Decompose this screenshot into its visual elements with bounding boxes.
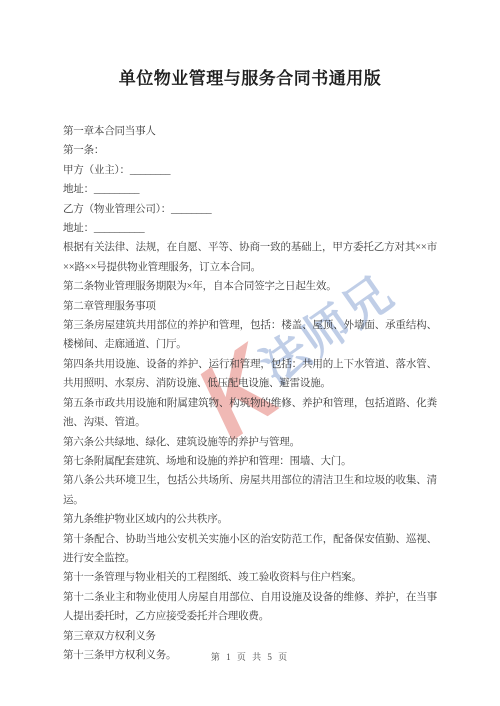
- document-content: 单位物业管理与服务合同书通用版 第一章本合同当事人第一条：甲方（业主）：____…: [0, 0, 500, 706]
- paragraph: 第三条房屋建筑共用部位的养护和管理，包括：楼盖、屋顶、外墙面、承重结构、楼梯间、…: [63, 316, 437, 355]
- paragraph: 根据有关法律、法规，在自愿、平等、协商一致的基础上，甲方委托乙方对其××市××路…: [63, 238, 437, 277]
- paragraph: 第九条维护物业区域内的公共秩序。: [63, 510, 437, 529]
- paragraph: 甲方（业主）：________: [63, 161, 437, 180]
- paragraph: 第十二条业主和物业使用人房屋自用部位、自用设施及设备的维修、养护，在当事人提出委…: [63, 588, 437, 627]
- paragraph: 第二章管理服务事项: [63, 297, 437, 316]
- paragraph: 第七条附属配套建筑、场地和设施的养护和管理：围墙、大门。: [63, 452, 437, 471]
- paragraph: 第六条公共绿地、绿化、建筑设施等的养护与管理。: [63, 433, 437, 452]
- paragraph: 乙方（物业管理公司）：________: [63, 200, 437, 219]
- paragraph: 第一章本合同当事人: [63, 122, 437, 141]
- paragraph: 第十条配合、协助当地公安机关实施小区的治安防范工作，配备保安值勤、巡视、进行安全…: [63, 530, 437, 569]
- paragraph: 第一条：: [63, 141, 437, 160]
- paragraph: 第四条共用设施、设备的养护、运行和管理，包括：共用的上下水管道、落水管、共用照明…: [63, 355, 437, 394]
- document-page: K 法师兄 单位物业管理与服务合同书通用版 第一章本合同当事人第一条：甲方（业主…: [0, 0, 500, 706]
- paragraph: 第十一条管理与物业相关的工程图纸、竣工验收资料与住户档案。: [63, 568, 437, 587]
- paragraph: 地址：_________: [63, 180, 437, 199]
- paragraph: 第八条公共环境卫生，包括公共场所、房屋共用部位的清洁卫生和垃圾的收集、清运。: [63, 471, 437, 510]
- paragraph: 第五条市政共用设施和附属建筑物、构筑物的维修、养护和管理，包括道路、化粪池、沟渠…: [63, 394, 437, 433]
- page-number: 第 1 页 共 5 页: [0, 650, 500, 663]
- document-title: 单位物业管理与服务合同书通用版: [63, 64, 437, 89]
- paragraph: 第二条物业管理服务期限为×年，自本合同签字之日起生效。: [63, 277, 437, 296]
- document-body: 第一章本合同当事人第一条：甲方（业主）：________地址：_________…: [63, 122, 437, 665]
- paragraph: 第三章双方权利义务: [63, 627, 437, 646]
- paragraph: 地址：__________: [63, 219, 437, 238]
